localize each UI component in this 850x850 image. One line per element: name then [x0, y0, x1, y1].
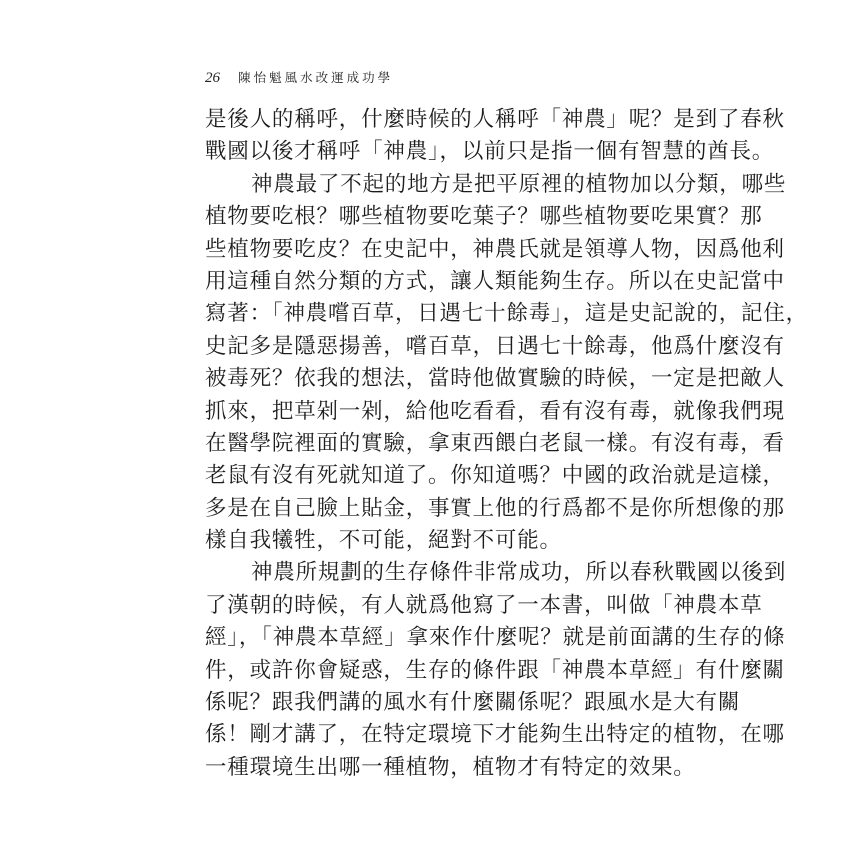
- text-line: 是後人的稱呼，什麼時候的人稱呼「神農」呢？是到了春秋: [205, 104, 651, 136]
- paragraph-start-line: 神農最了不起的地方是把平原裡的植物加以分類，哪些: [205, 169, 651, 201]
- text-line: 寫著：「神農嚐百草，日遇七十餘毒」，這是史記說的，記住，: [205, 298, 651, 330]
- text-line: 被毒死？依我的想法，當時他做實驗的時候，一定是把敵人: [205, 363, 651, 395]
- text-line: 一種環境生出哪一種植物，植物才有特定的效果。: [205, 752, 651, 784]
- page-number: 26: [205, 70, 220, 86]
- body-text: 是後人的稱呼，什麼時候的人稱呼「神農」呢？是到了春秋 戰國以後才稱呼「神農」，以…: [205, 104, 651, 784]
- text-line: 係！剛才講了，在特定環境下才能夠生出特定的植物，在哪: [205, 719, 651, 751]
- text-line: 戰國以後才稱呼「神農」，以前只是指一個有智慧的酋長。: [205, 136, 651, 168]
- book-title: 陳怡魁風水改運成功學: [238, 70, 393, 85]
- text-line: 用這種自然分類的方式，讓人類能夠生存。所以在史記當中: [205, 266, 651, 298]
- text-line: 抓來，把草剁一剁，給他吃看看，看有沒有毒，就像我們現: [205, 396, 651, 428]
- running-header: 26 陳怡魁風水改運成功學: [205, 68, 393, 87]
- text-line: 老鼠有沒有死就知道了。你知道嗎？中國的政治就是這樣，: [205, 460, 651, 492]
- book-page: 26 陳怡魁風水改運成功學 是後人的稱呼，什麼時候的人稱呼「神農」呢？是到了春秋…: [0, 0, 850, 850]
- text-line: 史記多是隱惡揚善，嚐百草，日遇七十餘毒，他爲什麼沒有: [205, 331, 651, 363]
- text-line: 多是在自己臉上貼金，事實上他的行爲都不是你所想像的那: [205, 493, 651, 525]
- text-line: 些植物要吃皮？在史記中，神農氏就是領導人物，因爲他利: [205, 234, 651, 266]
- text-line: 經」，「神農本草經」拿來作什麼呢？就是前面講的生存的條: [205, 622, 651, 654]
- text-line: 植物要吃根？哪些植物要吃葉子？哪些植物要吃果實？那: [205, 201, 651, 233]
- text-line: 了漢朝的時候，有人就爲他寫了一本書，叫做「神農本草: [205, 590, 651, 622]
- paragraph-start-line: 神農所規劃的生存條件非常成功，所以春秋戰國以後到: [205, 557, 651, 589]
- text-line: 件，或許你會疑惑，生存的條件跟「神農本草經」有什麼關: [205, 655, 651, 687]
- text-line: 樣自我犧牲，不可能，絕對不可能。: [205, 525, 651, 557]
- text-line: 在醫學院裡面的實驗，拿東西餵白老鼠一樣。有沒有毒，看: [205, 428, 651, 460]
- text-line: 係呢？跟我們講的風水有什麼關係呢？跟風水是大有關: [205, 687, 651, 719]
